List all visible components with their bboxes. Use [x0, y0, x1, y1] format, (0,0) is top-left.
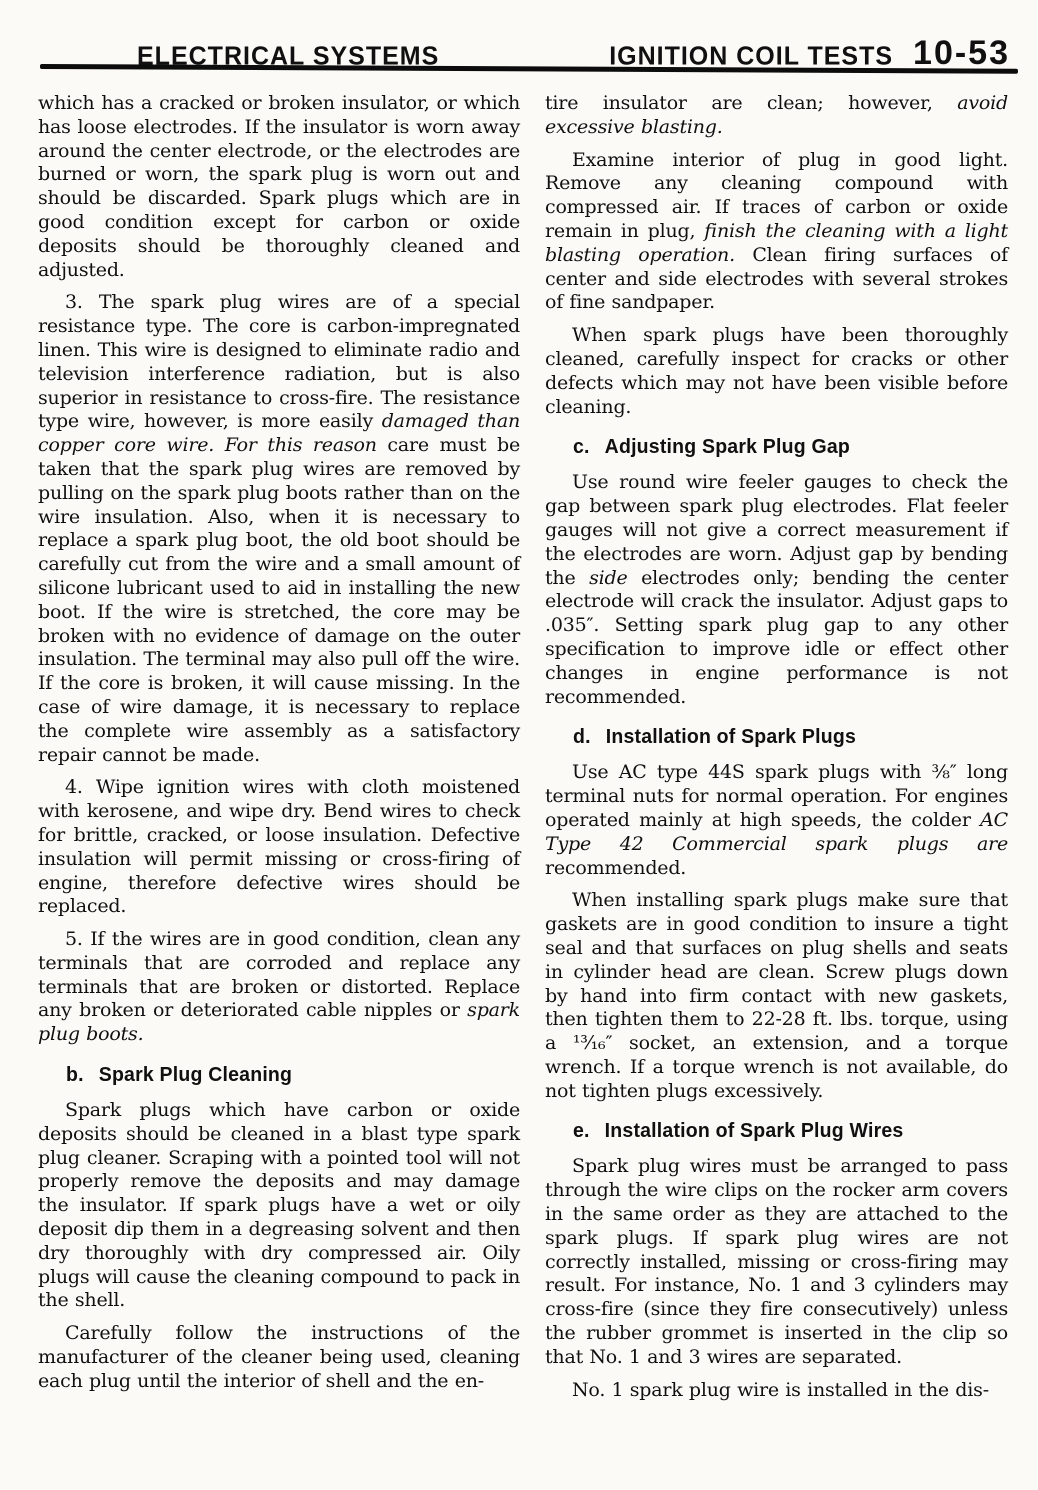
paragraph: Spark plugs which have carbon or oxide d…: [38, 1099, 520, 1313]
heading-letter: b.: [66, 1064, 84, 1087]
body-text: 5. If the wires are in good condition, c…: [38, 928, 520, 1021]
left-column: which has a cracked or broken insulator,…: [38, 92, 520, 1411]
section-heading: e.Installation of Spark Plug Wires: [573, 1120, 1008, 1144]
manual-page: ELECTRICAL SYSTEMS IGNITION COIL TESTS 1…: [0, 0, 1038, 1490]
body-text: When installing spark plugs make sure th…: [545, 889, 1008, 1101]
body-text: 4. Wipe ignition wires with cloth moiste…: [38, 776, 520, 917]
paragraph: Carefully follow the instructions of the…: [38, 1322, 520, 1393]
heading-title: Adjusting Spark Plug Gap: [605, 436, 850, 459]
body-text: recommended.: [545, 857, 686, 879]
right-column: tire insulator are clean; however, avoid…: [545, 92, 1008, 1411]
paragraph: When spark plugs have been thoroughly cl…: [545, 324, 1008, 419]
body-text: which has a cracked or broken insulator,…: [38, 92, 520, 281]
paragraph: 5. If the wires are in good condition, c…: [38, 928, 520, 1047]
section-heading: d.Installation of Spark Plugs: [573, 726, 1008, 750]
paragraph: Use AC type 44S spark plugs with ⅜″ long…: [545, 761, 1008, 880]
emphasis-text: side: [589, 567, 627, 589]
heading-letter: d.: [573, 726, 591, 749]
body-text: Spark plug wires must be arranged to pas…: [545, 1155, 1008, 1367]
paragraph: Use round wire feeler gauges to check th…: [545, 471, 1008, 709]
body-text: tire insulator are clean; however,: [545, 92, 957, 114]
paragraph: No. 1 spark plug wire is installed in th…: [545, 1379, 1008, 1403]
body-text: When spark plugs have been thoroughly cl…: [545, 324, 1008, 417]
body-text: Carefully follow the instructions of the…: [38, 1322, 520, 1392]
paragraph: Examine interior of plug in good light. …: [545, 149, 1008, 316]
body-text: Use AC type 44S spark plugs with ⅜″ long…: [545, 761, 1008, 831]
paragraph: which has a cracked or broken insulator,…: [38, 92, 520, 282]
heading-title: Installation of Spark Plugs: [606, 726, 856, 749]
body-text: No. 1 spark plug wire is installed in th…: [572, 1379, 989, 1401]
paragraph: When installing spark plugs make sure th…: [545, 889, 1008, 1103]
heading-title: Spark Plug Cleaning: [99, 1064, 292, 1087]
two-column-body: which has a cracked or broken insulator,…: [38, 92, 1008, 1411]
paragraph: Spark plug wires must be arranged to pas…: [545, 1155, 1008, 1369]
heading-title: Installation of Spark Plug Wires: [605, 1120, 904, 1143]
paragraph: tire insulator are clean; however, avoid…: [545, 92, 1008, 140]
body-text: Spark plugs which have carbon or oxide d…: [38, 1099, 520, 1311]
paragraph: 3. The spark plug wires are of a special…: [38, 291, 520, 767]
section-heading: c.Adjusting Spark Plug Gap: [573, 436, 1008, 460]
body-text: care must be taken that the spark plug w…: [38, 434, 520, 765]
section-heading: b.Spark Plug Cleaning: [66, 1064, 520, 1088]
heading-letter: c.: [573, 436, 590, 459]
page-number: 10-53: [913, 34, 1010, 73]
paragraph: 4. Wipe ignition wires with cloth moiste…: [38, 776, 520, 919]
heading-letter: e.: [573, 1120, 590, 1143]
